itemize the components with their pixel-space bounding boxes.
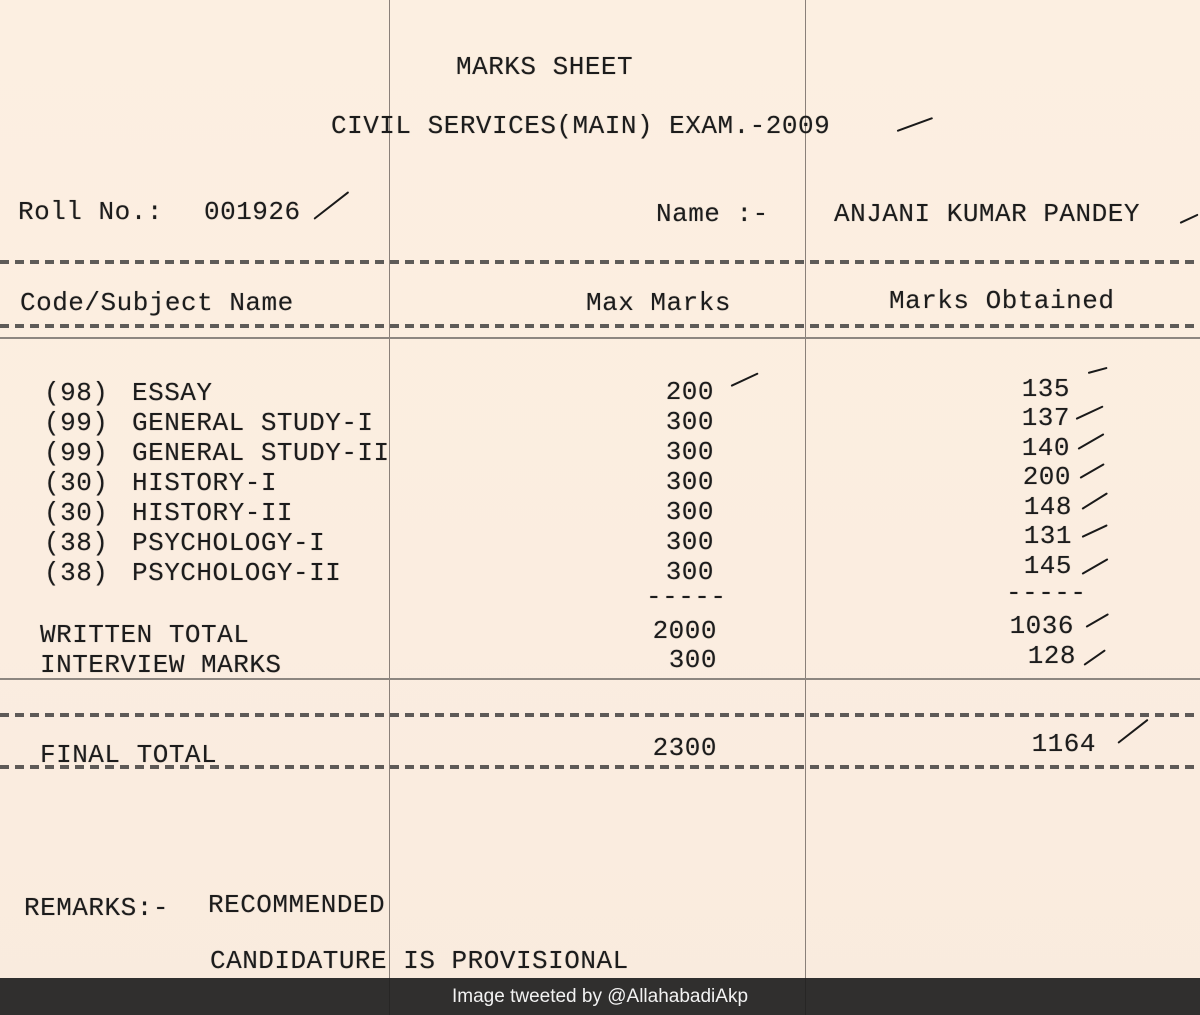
max-marks: 300 (624, 497, 714, 527)
subject-name: GENERAL STUDY-II (132, 438, 390, 468)
image-caption: Image tweeted by @AllahabadiAkp (452, 986, 748, 1008)
dashed-rule (0, 260, 1200, 264)
roll-number: 001926 (204, 197, 301, 227)
written-total-label: WRITTEN TOTAL (40, 620, 249, 650)
marks-obtained: 140 (980, 433, 1070, 463)
separator-obtained: ----- (1006, 578, 1087, 608)
dashed-rule (0, 324, 1200, 328)
marks-obtained: 145 (982, 551, 1072, 581)
subject-name: HISTORY-II (132, 498, 293, 528)
check-mark-icon (1076, 405, 1104, 419)
check-mark-icon (897, 117, 933, 132)
dashed-rule (0, 713, 1200, 717)
marks-obtained: 131 (982, 521, 1072, 551)
fold-line-vertical-right (805, 0, 806, 1015)
subject-code: (99) (44, 438, 108, 468)
candidate-name: ANJANI KUMAR PANDEY (834, 199, 1140, 229)
max-marks: 300 (624, 407, 714, 437)
subject-name: HISTORY-I (132, 468, 277, 498)
marks-obtained: 148 (982, 492, 1072, 522)
roll-label: Roll No.: (18, 197, 163, 227)
check-mark-icon (1088, 367, 1108, 374)
max-marks: 200 (624, 377, 714, 407)
candidature-note: CANDIDATURE IS PROVISIONAL (210, 946, 629, 976)
check-mark-icon (1086, 613, 1110, 628)
marks-sheet-document: MARKS SHEET CIVIL SERVICES(MAIN) EXAM.-2… (0, 0, 1200, 1015)
check-mark-icon (1080, 463, 1105, 479)
check-mark-icon (731, 372, 759, 386)
check-mark-icon (1078, 433, 1105, 450)
check-mark-icon (313, 191, 349, 220)
fold-line-horizontal-top (0, 337, 1200, 339)
subject-code: (30) (44, 468, 108, 498)
exam-subtitle: CIVIL SERVICES(MAIN) EXAM.-2009 (331, 111, 830, 141)
marks-obtained: 137 (980, 403, 1070, 433)
subject-code: (99) (44, 408, 108, 438)
written-total-max: 2000 (627, 616, 717, 646)
check-mark-icon (1082, 524, 1108, 538)
separator-max: ----- (646, 582, 727, 612)
check-mark-icon (1180, 214, 1199, 224)
subject-code: (98) (44, 378, 108, 408)
subject-code: (38) (44, 528, 108, 558)
subject-name: ESSAY (132, 378, 213, 408)
remarks-value: RECOMMENDED (208, 890, 385, 920)
final-total-obtained: 1164 (1006, 729, 1096, 759)
subject-code: (38) (44, 558, 108, 588)
check-mark-icon (1083, 649, 1105, 666)
final-total-max: 2300 (627, 733, 717, 763)
document-title: MARKS SHEET (456, 52, 633, 82)
interview-label: INTERVIEW MARKS (40, 650, 282, 680)
header-marks-obtained: Marks Obtained (889, 286, 1114, 316)
fold-line-vertical-left (389, 0, 390, 1015)
marks-obtained: 135 (980, 374, 1070, 404)
interview-max: 300 (627, 645, 717, 675)
max-marks: 300 (624, 467, 714, 497)
name-label: Name :- (656, 199, 769, 229)
header-max-marks: Max Marks (586, 288, 731, 318)
dashed-rule (0, 765, 1200, 769)
subject-name: PSYCHOLOGY-I (132, 528, 325, 558)
header-subject: Code/Subject Name (20, 288, 294, 318)
subject-name: GENERAL STUDY-I (132, 408, 374, 438)
check-mark-icon (1081, 492, 1108, 510)
subject-name: PSYCHOLOGY-II (132, 558, 341, 588)
max-marks: 300 (624, 437, 714, 467)
remarks-label: REMARKS:- (24, 893, 169, 923)
check-mark-icon (1082, 558, 1109, 575)
check-mark-icon (1117, 719, 1148, 744)
max-marks: 300 (624, 527, 714, 557)
marks-obtained: 200 (981, 462, 1071, 492)
image-caption-bar: Image tweeted by @AllahabadiAkp (0, 978, 1200, 1015)
subject-code: (30) (44, 498, 108, 528)
interview-obtained: 128 (986, 641, 1076, 671)
written-total-obtained: 1036 (984, 611, 1074, 641)
